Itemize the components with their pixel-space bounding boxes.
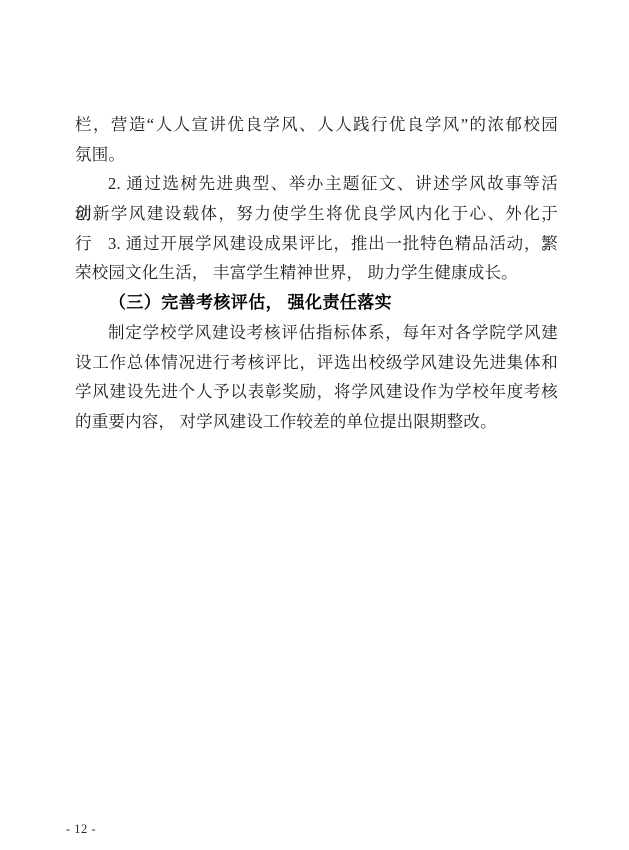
document-line: 的重要内容， 对学风建设工作较差的单位提出限期整改。 — [75, 407, 558, 437]
document-line: 栏，营造“人人宣讲优良学风、人人践行优良学风”的浓郁校园 — [75, 110, 558, 140]
page-number: - 12 - — [66, 821, 96, 837]
document-line: 荣校园文化生活， 丰富学生精神世界， 助力学生健康成长。 — [75, 258, 558, 288]
paragraph-assessment: 制定学校学风建设考核评估指标体系，每年对各学院学风建设工作总体情况进行考核评比，… — [75, 318, 558, 437]
section-heading-3: （三）完善考核评估， 强化责任落实 — [75, 288, 558, 318]
document-line: 2. 通过选树先进典型、举办主题征文、讲述学风故事等活动， — [75, 169, 558, 199]
document-line: 氛围。 — [75, 140, 558, 170]
paragraph-item-2: 2. 通过选树先进典型、举办主题征文、讲述学风故事等活动，创新学风建设载体，努力… — [75, 169, 558, 228]
document-line: 学风建设先进个人予以表彰奖励，将学风建设作为学校年度考核 — [75, 377, 558, 407]
paragraph-item-3: 3. 通过开展学风建设成果评比，推出一批特色精品活动，繁荣校园文化生活， 丰富学… — [75, 229, 558, 288]
document-line: 制定学校学风建设考核评估指标体系，每年对各学院学风建 — [75, 318, 558, 348]
document-body: 栏，营造“人人宣讲优良学风、人人践行优良学风”的浓郁校园氛围。2. 通过选树先进… — [75, 110, 558, 437]
document-line: 创新学风建设载体，努力使学生将优良学风内化于心、外化于行。 — [75, 199, 558, 229]
document-line: （三）完善考核评估， 强化责任落实 — [75, 288, 558, 318]
document-line: 设工作总体情况进行考核评比，评选出校级学风建设先进集体和 — [75, 348, 558, 378]
document-line: 3. 通过开展学风建设成果评比，推出一批特色精品活动，繁 — [75, 229, 558, 259]
paragraph-continuation: 栏，营造“人人宣讲优良学风、人人践行优良学风”的浓郁校园氛围。 — [75, 110, 558, 169]
document-page: 栏，营造“人人宣讲优良学风、人人践行优良学风”的浓郁校园氛围。2. 通过选树先进… — [0, 0, 629, 850]
